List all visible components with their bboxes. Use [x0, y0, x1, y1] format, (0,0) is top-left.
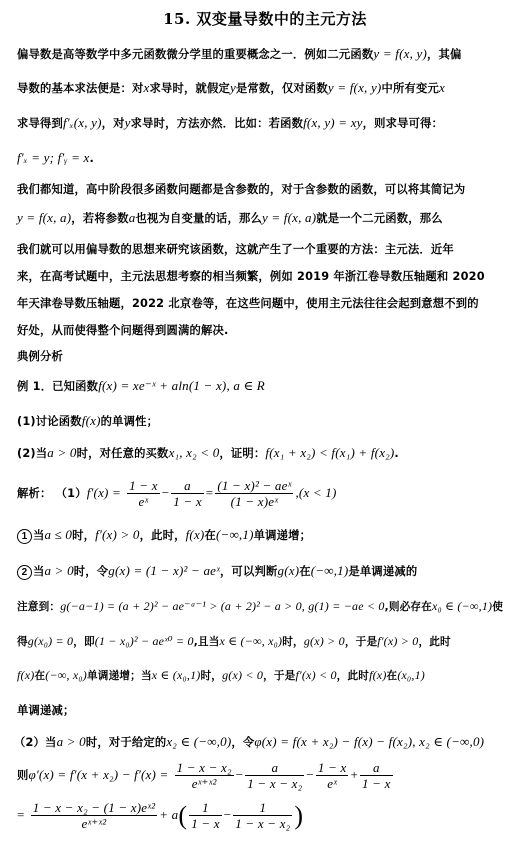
intro-line-9: 年天津卷导数压轴题，2022 北京卷等，在这些问题中，使用主元法往往会起到意想不…: [17, 295, 479, 311]
math-inline: f(x) = xe⁻ˣ + aln(1 − x), a ∈ R: [98, 378, 265, 393]
solution-note-line-1: 注意到：g(−a−1) = (a + 2)² − ae⁻ᵃ⁻¹ > (a + 2…: [17, 599, 503, 614]
fraction: a1 − x − x₂: [245, 760, 304, 792]
fraction: 1 − xeˣ: [316, 760, 349, 792]
math-inline: f(x, y) = xy: [303, 115, 363, 130]
intro-line-10: 好处，从而使得整个问题得到圆满的解决.: [17, 322, 228, 338]
math-inline: y = f(x, y): [373, 46, 427, 61]
intro-line-6: y = f(x, a)，若将参数a也视为自变量的话，那么y = f(x, a)就…: [17, 210, 443, 226]
solution-part-2: （2）当a > 0时，对于给定的x₂ ∈ (−∞,0)，令φ(x) = f(x …: [14, 734, 484, 750]
math-inline: y = f(x, a): [17, 210, 71, 225]
intro-line-3: 求导得到f′ₓ(x, y)，对y求导时，方法亦然．比如：若函数f(x, y) =…: [17, 115, 443, 131]
text: (2)当: [17, 447, 47, 460]
example-statement: 例 1．已知函数f(x) = xe⁻ˣ + aln(1 − x), a ∈ R: [17, 378, 265, 394]
text: .: [394, 447, 399, 460]
math-inline: x: [439, 80, 445, 95]
solution-part-2-simplified: = 1 − x − x₂ − (1 − x)eˣ²eˣ⁺ˣ²+ a(11 − x…: [17, 800, 303, 832]
fraction: 1 − x − x₂eˣ⁺ˣ²: [175, 760, 234, 792]
math-inline: a: [129, 210, 136, 225]
circled-number-2: 2: [17, 565, 32, 580]
text: ，证明：: [219, 447, 265, 460]
page-title: 15. 双变量导数中的主元方法: [0, 8, 530, 29]
math-inline: ,(x < 1): [295, 485, 336, 500]
circled-number-1: 1: [17, 529, 32, 544]
math-inline: f′ₓ = y; f′ᵧ = x: [17, 150, 89, 165]
intro-line-7: 我们就可以用偏导数的思想来研究该函数，这就产生了一个重要的方法：主元法．近年: [17, 241, 454, 257]
fraction: (1 − x)² − aeˣ(1 − x)eˣ: [215, 478, 293, 510]
section-heading: 典例分析: [17, 348, 63, 364]
example-part-2: (2)当a > 0时，对任意的买数x₁, x₂ < 0，证明：f(x₁ + x₂…: [17, 445, 399, 461]
math-inline: y = f(x, y): [328, 80, 382, 95]
intro-line-5: 我们都知道，高中阶段很多函数问题都是含参数的，对于含参数的函数，可以将其简记为: [17, 181, 465, 197]
math-inline: f′(x) =: [87, 485, 121, 500]
intro-line-4: f′ₓ = y; f′ᵧ = x.: [17, 150, 94, 166]
text: 导数的基本求法便是：对: [17, 82, 143, 95]
text: 中所有变元: [381, 82, 439, 95]
text: 是常数，仅对函数: [236, 82, 328, 95]
fraction: 11 − x − x₂: [233, 800, 292, 832]
math-inline: f(x): [82, 413, 101, 428]
solution-part-1-derivative: 解析： （1）f′(x) = 1 − xeˣ−a1 − x=(1 − x)² −…: [17, 478, 337, 510]
math-inline: a > 0: [47, 445, 76, 460]
solution-label: 解析：: [17, 487, 52, 500]
intro-line-1: 偏导数是高等数学中多元函数微分学里的重要概念之一．例如二元函数y = f(x, …: [17, 46, 461, 62]
math-inline: f(x₁ + x₂) < f(x₁) + f(x₂): [265, 445, 394, 460]
text: 求导时，就假定: [149, 82, 229, 95]
text: 就是一个二元函数，那么: [316, 212, 442, 225]
text: ，对: [102, 117, 125, 130]
fraction: a1 − x: [171, 478, 204, 510]
text: 求导时，方法亦然．比如：若函数: [131, 117, 303, 130]
math-inline: x₁, x₂ < 0: [169, 445, 220, 460]
math-inline: y = f(x, a): [262, 210, 316, 225]
fraction: a1 − x: [360, 760, 393, 792]
text: (1)讨论函数: [17, 415, 82, 428]
solution-note-line-4: 单调递减；: [17, 702, 75, 718]
solution-case-1: 1当a ≤ 0时，f′(x) > 0，此时，f(x)在(−∞,1)单调递增；: [17, 527, 311, 544]
solution-note-line-2: 得g(x₀) = 0，即(1 − x₀)² − aeˣ⁰ = 0,且当x ∈ (…: [17, 634, 451, 649]
text: 求导得到: [17, 117, 63, 130]
text: 也视为自变量的话，那么: [136, 212, 262, 225]
intro-line-8: 来，在高考试题中，主元法思想考察的相当频繁，例如 2019 年浙江卷导数压轴题和…: [17, 268, 485, 284]
fraction: 1 − xeˣ: [127, 478, 160, 510]
document-page: 15. 双变量导数中的主元方法 偏导数是高等数学中多元函数微分学里的重要概念之一…: [0, 0, 530, 844]
intro-line-2: 导数的基本求法便是：对x求导时，就假定y是常数，仅对函数y = f(x, y)中…: [17, 80, 445, 96]
solution-note-line-3: f(x)在(−∞, x₀)单调递增；当x ∈ (x₀,1)时，g(x) < 0，…: [17, 668, 425, 683]
solution-case-2: 2当a > 0时，令g(x) = (1 − x)² − aeˣ，可以判断g(x)…: [17, 563, 417, 580]
text: （1）: [56, 487, 87, 500]
example-label: 例 1．已知函数: [17, 380, 98, 393]
text: 时，对任意的买数: [77, 447, 169, 460]
text: 偏导数是高等数学中多元函数微分学里的重要概念之一．例如二元函数: [17, 48, 373, 61]
text: ，则求导可得：: [363, 117, 443, 130]
text: ，若将参数: [71, 212, 129, 225]
fraction: 1 − x − x₂ − (1 − x)eˣ²eˣ⁺ˣ²: [31, 800, 158, 832]
text: ，其偏: [427, 48, 462, 61]
text: 的单调性；: [101, 415, 159, 428]
math-inline: f′ₓ(x, y): [63, 115, 102, 130]
solution-part-2-derivative: 则φ′(x) = f′(x + x₂) − f′(x) = 1 − x − x₂…: [17, 760, 395, 792]
fraction: 11 − x: [189, 800, 222, 832]
example-part-1: (1)讨论函数f(x)的单调性；: [17, 413, 158, 429]
